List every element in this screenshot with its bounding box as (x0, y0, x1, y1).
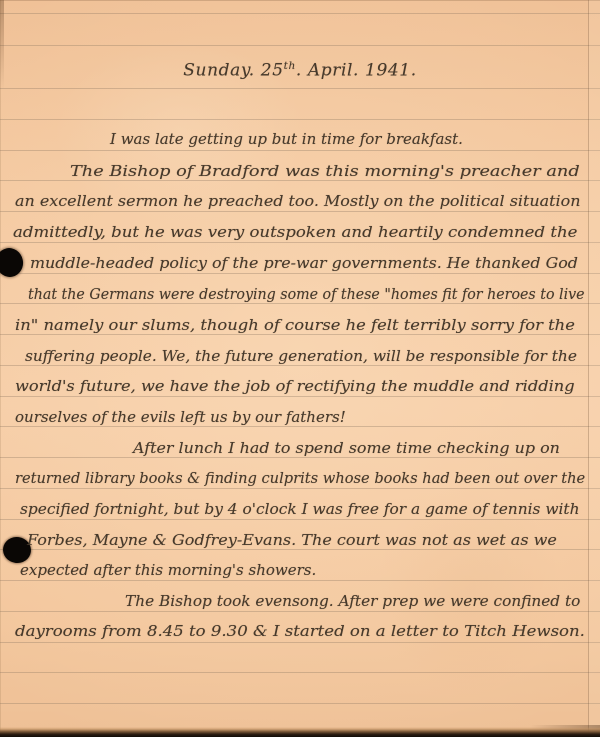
rule-line (0, 672, 600, 673)
rule-line (0, 119, 600, 120)
handwritten-line: world's future, we have the job of recti… (15, 374, 575, 398)
entry-date-ordinal: th (284, 60, 296, 72)
handwritten-line: in" namely our slums, though of course h… (15, 313, 575, 337)
rule-line (0, 13, 600, 14)
hole-punch-top (0, 246, 26, 280)
rule-line (0, 88, 600, 89)
handwritten-line: that the Germans were destroying some of… (28, 282, 585, 306)
handwritten-line: The Bishop took evensong. After prep we … (125, 589, 580, 613)
page-top-left-edge (0, 0, 4, 90)
entry-date-day: Sunday. 25 (183, 61, 283, 81)
handwritten-line: suffering people. We, the future generat… (25, 344, 577, 368)
entry-date-rest: . April. 1941. (296, 61, 417, 81)
diary-page: Sunday. 25th. April. 1941. I was late ge… (0, 0, 600, 737)
entry-date: Sunday. 25th. April. 1941. (150, 60, 450, 81)
handwritten-line: specified fortnight, but by 4 o'clock I … (20, 497, 580, 521)
handwritten-line: The Bishop of Bradford was this morning'… (70, 159, 580, 183)
handwritten-line: Forbes, Mayne & Godfrey-Evans. The court… (27, 528, 557, 552)
handwritten-line: dayrooms from 8.45 to 9.30 & I started o… (15, 619, 585, 643)
handwritten-line: returned library books & finding culprit… (15, 466, 585, 490)
handwritten-line: admittedly, but he was very outspoken an… (13, 220, 578, 244)
handwritten-line: an excellent sermon he preached too. Mos… (15, 189, 580, 213)
page-right-margin (589, 0, 600, 737)
rule-line (0, 45, 600, 46)
handwritten-line: I was late getting up but in time for br… (110, 127, 570, 151)
handwritten-line: muddle-headed policy of the pre-war gove… (30, 251, 578, 275)
page-bottom-edge (0, 727, 600, 737)
handwritten-line: expected after this morning's showers. (20, 558, 580, 582)
handwritten-line: ourselves of the evils left us by our fa… (15, 405, 575, 429)
rule-line (0, 703, 600, 704)
handwritten-line: After lunch I had to spend some time che… (133, 436, 560, 460)
